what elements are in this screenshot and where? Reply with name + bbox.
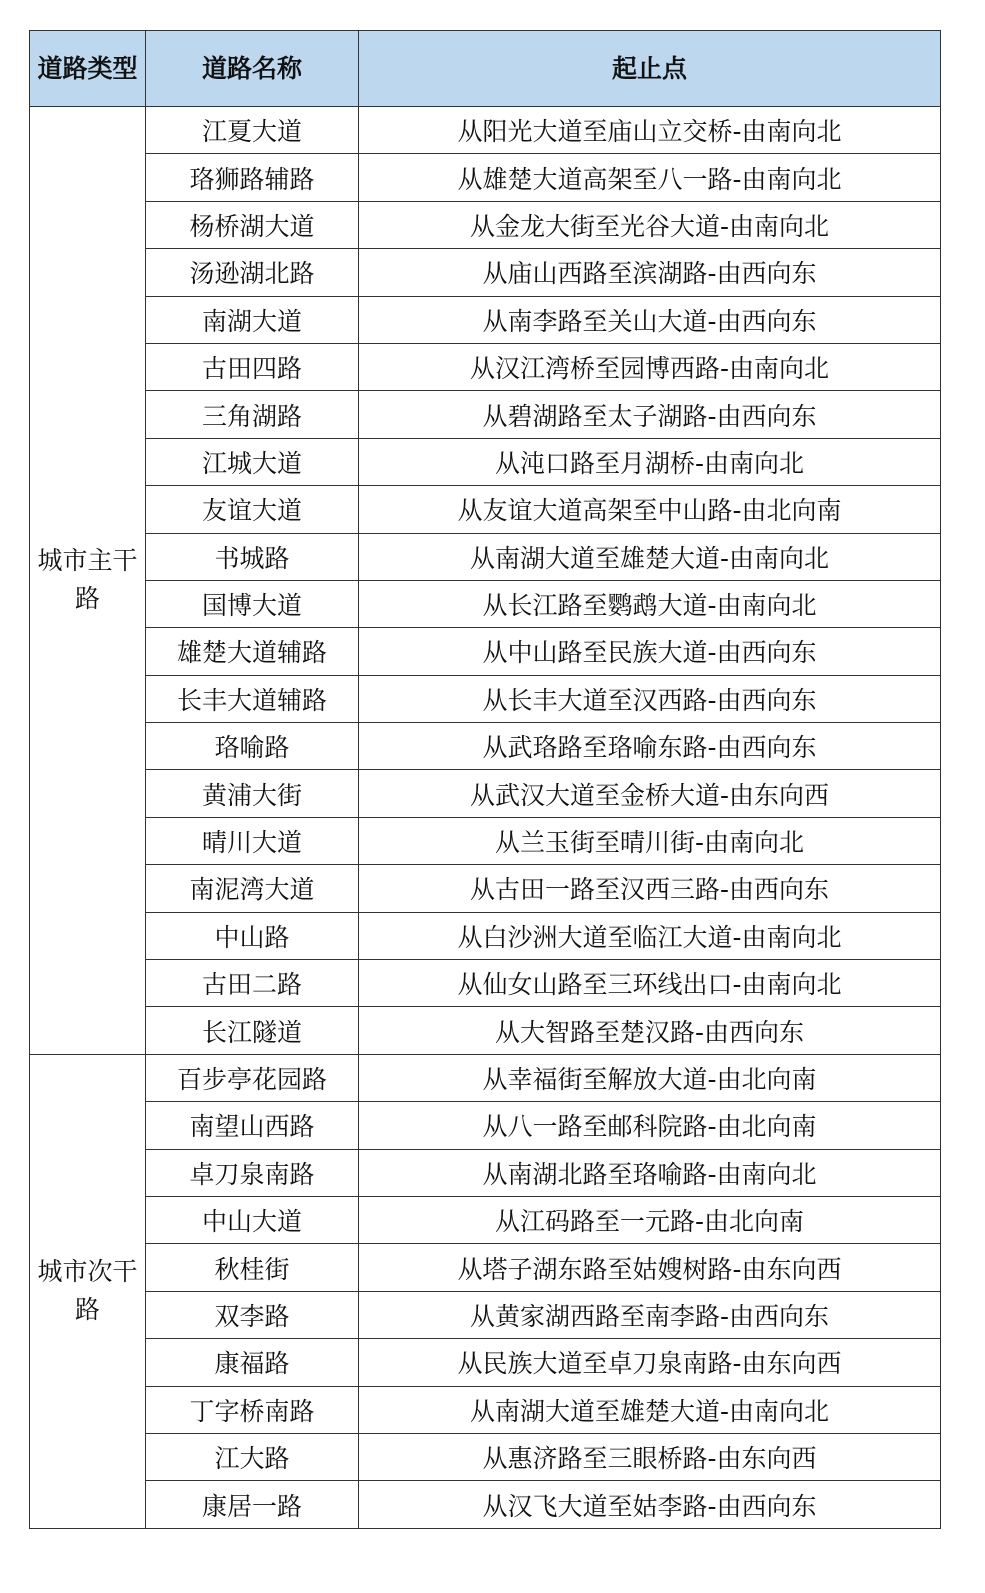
start-end-cell: 从江码路至一元路-由北向南 bbox=[359, 1196, 941, 1243]
table-row: 中山大道从江码路至一元路-由北向南 bbox=[30, 1196, 941, 1243]
table-row: 长江隧道从大智路至楚汉路-由西向东 bbox=[30, 1007, 941, 1054]
table-row: 长丰大道辅路从长丰大道至汉西路-由西向东 bbox=[30, 675, 941, 722]
road-name-cell: 长江隧道 bbox=[146, 1007, 359, 1054]
table-row: 古田二路从仙女山路至三环线出口-由南向北 bbox=[30, 960, 941, 1007]
table-row: 城市主干路江夏大道从阳光大道至庙山立交桥-由南向北 bbox=[30, 107, 941, 154]
table-row: 康居一路从汉飞大道至姑李路-由西向东 bbox=[30, 1481, 941, 1528]
road-name-cell: 晴川大道 bbox=[146, 817, 359, 864]
start-end-cell: 从庙山西路至滨湖路-由西向东 bbox=[359, 249, 941, 296]
start-end-cell: 从惠济路至三眼桥路-由东向西 bbox=[359, 1433, 941, 1480]
road-name-cell: 友谊大道 bbox=[146, 486, 359, 533]
start-end-cell: 从雄楚大道高架至八一路-由南向北 bbox=[359, 154, 941, 201]
road-name-cell: 康居一路 bbox=[146, 1481, 359, 1528]
table-header-row: 道路类型 道路名称 起止点 bbox=[30, 31, 941, 107]
road-name-cell: 古田二路 bbox=[146, 960, 359, 1007]
road-type-cell: 城市次干路 bbox=[30, 1054, 146, 1528]
table-body: 城市主干路江夏大道从阳光大道至庙山立交桥-由南向北珞狮路辅路从雄楚大道高架至八一… bbox=[30, 107, 941, 1529]
road-name-cell: 丁字桥南路 bbox=[146, 1386, 359, 1433]
table-row: 三角湖路从碧湖路至太子湖路-由西向东 bbox=[30, 391, 941, 438]
start-end-cell: 从金龙大街至光谷大道-由南向北 bbox=[359, 201, 941, 248]
road-name-cell: 江大路 bbox=[146, 1433, 359, 1480]
road-name-cell: 南泥湾大道 bbox=[146, 865, 359, 912]
table-row: 南泥湾大道从古田一路至汉西三路-由西向东 bbox=[30, 865, 941, 912]
table-row: 南望山西路从八一路至邮科院路-由北向南 bbox=[30, 1102, 941, 1149]
start-end-cell: 从白沙洲大道至临江大道-由南向北 bbox=[359, 912, 941, 959]
header-road-name: 道路名称 bbox=[146, 31, 359, 107]
start-end-cell: 从阳光大道至庙山立交桥-由南向北 bbox=[359, 107, 941, 154]
road-name-cell: 珞狮路辅路 bbox=[146, 154, 359, 201]
start-end-cell: 从汉飞大道至姑李路-由西向东 bbox=[359, 1481, 941, 1528]
road-name-cell: 黄浦大街 bbox=[146, 770, 359, 817]
road-name-cell: 卓刀泉南路 bbox=[146, 1149, 359, 1196]
road-name-cell: 古田四路 bbox=[146, 343, 359, 390]
start-end-cell: 从碧湖路至太子湖路-由西向东 bbox=[359, 391, 941, 438]
start-end-cell: 从塔子湖东路至姑嫂树路-由东向西 bbox=[359, 1244, 941, 1291]
table-row: 雄楚大道辅路从中山路至民族大道-由西向东 bbox=[30, 628, 941, 675]
start-end-cell: 从大智路至楚汉路-由西向东 bbox=[359, 1007, 941, 1054]
road-name-cell: 长丰大道辅路 bbox=[146, 675, 359, 722]
table-row: 国博大道从长江路至鹦鹉大道-由南向北 bbox=[30, 580, 941, 627]
start-end-cell: 从黄家湖西路至南李路-由西向东 bbox=[359, 1291, 941, 1338]
road-name-cell: 中山路 bbox=[146, 912, 359, 959]
table-row: 江城大道从沌口路至月湖桥-由南向北 bbox=[30, 438, 941, 485]
road-name-cell: 南湖大道 bbox=[146, 296, 359, 343]
table-row: 友谊大道从友谊大道高架至中山路-由北向南 bbox=[30, 486, 941, 533]
table-row: 杨桥湖大道从金龙大街至光谷大道-由南向北 bbox=[30, 201, 941, 248]
header-start-end: 起止点 bbox=[359, 31, 941, 107]
table-row: 中山路从白沙洲大道至临江大道-由南向北 bbox=[30, 912, 941, 959]
start-end-cell: 从南湖大道至雄楚大道-由南向北 bbox=[359, 533, 941, 580]
road-name-cell: 三角湖路 bbox=[146, 391, 359, 438]
road-name-cell: 百步亭花园路 bbox=[146, 1054, 359, 1101]
start-end-cell: 从长江路至鹦鹉大道-由南向北 bbox=[359, 580, 941, 627]
start-end-cell: 从汉江湾桥至园博西路-由南向北 bbox=[359, 343, 941, 390]
start-end-cell: 从仙女山路至三环线出口-由南向北 bbox=[359, 960, 941, 1007]
road-name-cell: 国博大道 bbox=[146, 580, 359, 627]
table-row: 秋桂街从塔子湖东路至姑嫂树路-由东向西 bbox=[30, 1244, 941, 1291]
start-end-cell: 从中山路至民族大道-由西向东 bbox=[359, 628, 941, 675]
road-name-cell: 南望山西路 bbox=[146, 1102, 359, 1149]
start-end-cell: 从南李路至关山大道-由西向东 bbox=[359, 296, 941, 343]
start-end-cell: 从长丰大道至汉西路-由西向东 bbox=[359, 675, 941, 722]
table-row: 卓刀泉南路从南湖北路至珞喻路-由南向北 bbox=[30, 1149, 941, 1196]
road-name-cell: 雄楚大道辅路 bbox=[146, 628, 359, 675]
start-end-cell: 从民族大道至卓刀泉南路-由东向西 bbox=[359, 1339, 941, 1386]
table-row: 双李路从黄家湖西路至南李路-由西向东 bbox=[30, 1291, 941, 1338]
road-name-cell: 康福路 bbox=[146, 1339, 359, 1386]
road-name-cell: 江夏大道 bbox=[146, 107, 359, 154]
road-name-cell: 汤逊湖北路 bbox=[146, 249, 359, 296]
road-name-cell: 秋桂街 bbox=[146, 1244, 359, 1291]
table-row: 城市次干路百步亭花园路从幸福街至解放大道-由北向南 bbox=[30, 1054, 941, 1101]
start-end-cell: 从南湖大道至雄楚大道-由南向北 bbox=[359, 1386, 941, 1433]
table-row: 书城路从南湖大道至雄楚大道-由南向北 bbox=[30, 533, 941, 580]
table-row: 汤逊湖北路从庙山西路至滨湖路-由西向东 bbox=[30, 249, 941, 296]
table-row: 丁字桥南路从南湖大道至雄楚大道-由南向北 bbox=[30, 1386, 941, 1433]
start-end-cell: 从南湖北路至珞喻路-由南向北 bbox=[359, 1149, 941, 1196]
header-road-type: 道路类型 bbox=[30, 31, 146, 107]
road-name-cell: 珞喻路 bbox=[146, 723, 359, 770]
road-table: 道路类型 道路名称 起止点 城市主干路江夏大道从阳光大道至庙山立交桥-由南向北珞… bbox=[29, 30, 941, 1529]
table-row: 康福路从民族大道至卓刀泉南路-由东向西 bbox=[30, 1339, 941, 1386]
road-name-cell: 双李路 bbox=[146, 1291, 359, 1338]
table-row: 古田四路从汉江湾桥至园博西路-由南向北 bbox=[30, 343, 941, 390]
table-row: 江大路从惠济路至三眼桥路-由东向西 bbox=[30, 1433, 941, 1480]
start-end-cell: 从幸福街至解放大道-由北向南 bbox=[359, 1054, 941, 1101]
start-end-cell: 从兰玉街至晴川街-由南向北 bbox=[359, 817, 941, 864]
road-type-cell: 城市主干路 bbox=[30, 107, 146, 1055]
road-name-cell: 江城大道 bbox=[146, 438, 359, 485]
table-row: 珞喻路从武珞路至珞喻东路-由西向东 bbox=[30, 723, 941, 770]
table-row: 珞狮路辅路从雄楚大道高架至八一路-由南向北 bbox=[30, 154, 941, 201]
start-end-cell: 从武汉大道至金桥大道-由东向西 bbox=[359, 770, 941, 817]
table-row: 黄浦大街从武汉大道至金桥大道-由东向西 bbox=[30, 770, 941, 817]
start-end-cell: 从武珞路至珞喻东路-由西向东 bbox=[359, 723, 941, 770]
road-name-cell: 杨桥湖大道 bbox=[146, 201, 359, 248]
table-row: 晴川大道从兰玉街至晴川街-由南向北 bbox=[30, 817, 941, 864]
start-end-cell: 从沌口路至月湖桥-由南向北 bbox=[359, 438, 941, 485]
road-name-cell: 书城路 bbox=[146, 533, 359, 580]
table-row: 南湖大道从南李路至关山大道-由西向东 bbox=[30, 296, 941, 343]
start-end-cell: 从友谊大道高架至中山路-由北向南 bbox=[359, 486, 941, 533]
road-name-cell: 中山大道 bbox=[146, 1196, 359, 1243]
start-end-cell: 从古田一路至汉西三路-由西向东 bbox=[359, 865, 941, 912]
start-end-cell: 从八一路至邮科院路-由北向南 bbox=[359, 1102, 941, 1149]
